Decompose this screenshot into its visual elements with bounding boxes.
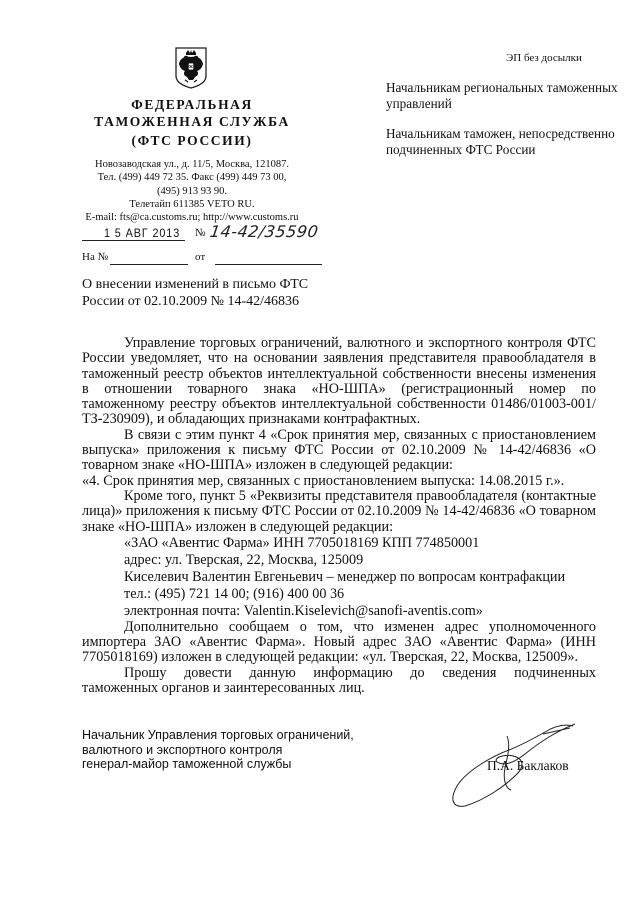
ref-number-line [110,264,188,265]
paragraph-item-5: Кроме того, пункт 5 «Реквизиты представи… [82,489,596,535]
recipient-customs-offices: Начальникам таможен, непосредственно под… [386,126,626,158]
ref-date-line [215,264,322,265]
quote-item-4: «4. Срок принятия мер, связанных с приос… [82,474,596,489]
address-line: Новозаводская ул., д. 11/5, Москва, 1210… [62,158,322,171]
number-label: № [195,227,206,239]
registration-date: 1 5 АВГ 2013 [104,226,180,240]
contact-person: Киселевич Валентин Евгеньевич – менеджер… [82,569,596,586]
paragraph-request-line-2: таможенных органов и заинтересованных ли… [82,681,596,696]
recipient-regional-directorates: Начальникам региональных таможенных упра… [386,80,626,112]
contact-phone: тел.: (495) 721 14 00; (916) 400 00 36 [82,586,596,603]
delivery-note: ЭП без досылки [506,52,582,64]
paragraph-item-4: В связи с этим пункт 4 «Срок принятия ме… [82,428,596,474]
signer-name: П.А. Баклаков [487,758,569,774]
org-name-line-2: ТАМОЖЕННАЯ СЛУЖБА [62,113,322,130]
signer-title: Начальник Управления торговых ограничени… [82,728,354,772]
org-name-line-1: ФЕДЕРАЛЬНАЯ [62,96,322,113]
contact-company: «ЗАО «Авентис Фарма» ИНН 7705018169 КПП … [82,535,596,552]
ref-from-label: от [195,251,205,263]
phone-fax-line: Тел. (499) 449 72 35. Факс (499) 449 73 … [62,171,322,184]
organization-address: Новозаводская ул., д. 11/5, Москва, 1210… [62,158,322,224]
paragraph-importer: Дополнительно сообщаем о том, что измене… [82,620,596,666]
letter-subject: О внесении изменений в письмо ФТС России… [82,277,342,310]
reference-row: На № от [82,251,322,269]
contact-address: адрес: ул. Тверская, 22, Москва, 125009 [82,552,596,569]
registration-row: 1 5 АВГ 2013 № 14-42/35590 [82,226,322,244]
teletype-line: Телетайп 611385 VETO RU. [62,198,322,211]
ref-number-label: На № [82,251,108,263]
paragraph-notification: Управление торговых ограничений, валютно… [82,336,596,428]
recipients-block: Начальникам региональных таможенных упра… [386,80,626,172]
phone-line: (495) 913 93 90. [62,185,322,198]
registration-number: 14-42/35590 [209,222,320,241]
paragraph-request-line-1: Прошу довести данную информацию до сведе… [82,666,596,681]
signer-title-line: генерал-майор таможенной службы [82,757,354,772]
russian-coat-of-arms-icon [173,46,209,90]
signer-title-line: валютного и экспортного контроля [82,743,354,758]
organization-name: ФЕДЕРАЛЬНАЯ ТАМОЖЕННАЯ СЛУЖБА [62,96,322,130]
organization-abbreviation: (ФТС РОССИИ) [62,133,322,149]
date-underline [82,240,185,241]
contact-email: электронная почта: Valentin.Kiselevich@s… [82,603,596,620]
signer-title-line: Начальник Управления торговых ограничени… [82,728,354,743]
letter-body: Управление торговых ограничений, валютно… [82,336,596,696]
